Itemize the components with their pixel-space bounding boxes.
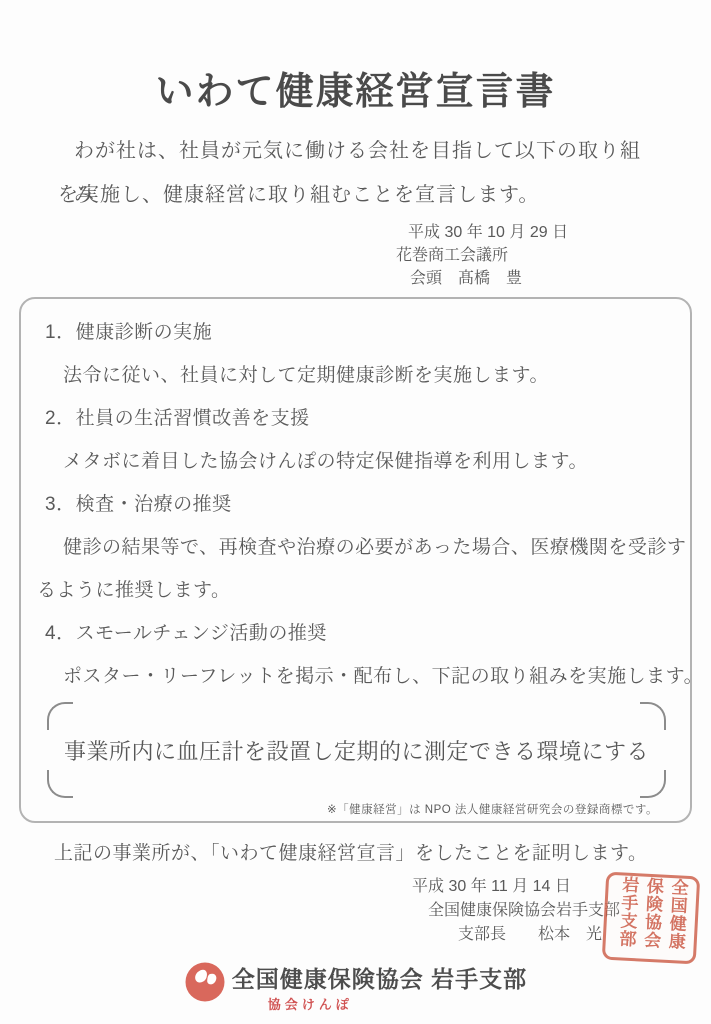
trademark-footnote: ※「健康経営」は NPO 法人健康経営研究会の登録商標です。 (35, 801, 676, 817)
declaration-box: 1．健康診断の実施 法令に従い、社員に対して定期健康診断を実施します。 2．社員… (19, 297, 692, 823)
footer-brand-name: 協会けんぽ (268, 994, 527, 1013)
declaration-date: 平成 30 年 10 月 29 日 (408, 221, 711, 244)
certification-statement: 上記の事業所が、「いわて健康経営宣言」をしたことを証明します。 (54, 838, 711, 865)
item-3-body-line-1: 健診の結果等で、再検査や治療の必要があった場合、医療機関を受診す (35, 526, 676, 569)
item-2-heading: 2．社員の生活習慣改善を支援 (35, 397, 676, 440)
intro-line-2: を実施し、健康経営に取り組むことを宣言します。 (58, 173, 653, 217)
pledge-box-corner-bottom-right (640, 770, 666, 798)
declarant-signer: 会頭 髙橋 豊 (410, 267, 711, 290)
item-1-body: 法令に従い、社員に対して定期健康診断を実施します。 (35, 354, 676, 397)
footer-organization-name: 全国健康保険協会 岩手支部 (232, 961, 527, 994)
scanned-declaration-document: { "title": "いわて健康経営宣言書", "intro": { "lin… (0, 0, 711, 1024)
item-4-heading: 4．スモールチェンジ活動の推奨 (35, 612, 676, 655)
intro-line-1: わが社は、社員が元気に働ける会社を目指して以下の取り組み (58, 129, 653, 173)
footer-logo: 全国健康保険協会 岩手支部 協会けんぽ (0, 961, 711, 1013)
pledge-box-corner-top-right (640, 702, 666, 730)
item-2-body: メタボに着目した協会けんぽの特定保健指導を利用します。 (35, 440, 676, 483)
item-3-body-line-2: るように推奨します。 (35, 569, 676, 612)
official-red-seal: 全国健康保険協会岩手支部 (602, 872, 700, 965)
footer-logo-text: 全国健康保険協会 岩手支部 協会けんぽ (232, 961, 527, 1013)
item-1-heading: 1．健康診断の実施 (35, 311, 676, 354)
item-4-body: ポスター・リーフレットを掲示・配布し、下記の取り組みを実施します。 (35, 655, 676, 698)
pledge-text: 事業所内に血圧計を設置し定期的に測定できる環境にする (64, 735, 649, 766)
declarant-block: 平成 30 年 10 月 29 日 花巻商工会議所 会頭 髙橋 豊 (396, 221, 711, 290)
intro-paragraph: わが社は、社員が元気に働ける会社を目指して以下の取り組み を実施し、健康経営に取… (58, 129, 653, 217)
pledge-box-corner-bottom-left (47, 770, 73, 798)
item-3-heading: 3．検査・治療の推奨 (35, 483, 676, 526)
kyokai-kenpo-logo-icon (184, 961, 226, 1008)
seal-text: 全国健康保険協会岩手支部 (612, 875, 690, 961)
pledge-box-corner-top-left (47, 702, 73, 730)
page-title: いわて健康経営宣言書 (0, 0, 711, 115)
pledge-box: 事業所内に血圧計を設置し定期的に測定できる環境にする (47, 702, 666, 798)
declarant-organization: 花巻商工会議所 (396, 244, 711, 267)
